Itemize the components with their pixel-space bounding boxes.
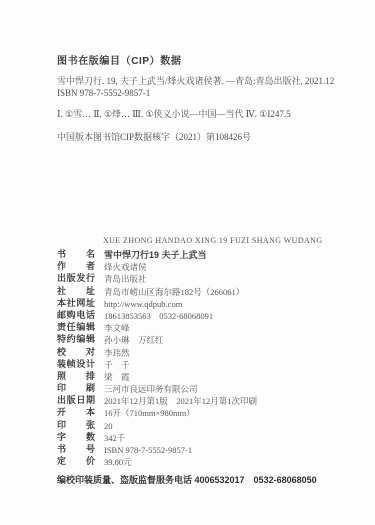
field-label: 印张: [57, 419, 95, 431]
cip-section: 图书在版编目（CIP）数据 雪中悍刀行. 19, 夫子上武当/烽火戏诸侯著. —…: [57, 52, 362, 143]
colophon-row-isbn: 书号ISBN 978-7-5552-9857-1: [57, 443, 357, 455]
field-label: 书号: [57, 443, 95, 455]
field-value: 梁 霞: [104, 372, 130, 382]
cip-title: 图书在版编目（CIP）数据: [57, 52, 362, 67]
field-label: 开本: [57, 406, 95, 418]
field-value: 39.80元: [104, 457, 132, 467]
field-value: ISBN 978-7-5552-9857-1: [104, 445, 192, 455]
field-label: 出版日期: [57, 394, 95, 406]
colophon-row-book-title: 书名雪中悍刀行19 夫子上武当: [57, 248, 357, 260]
field-label: 责任编辑: [57, 321, 95, 333]
field-label: 作者: [57, 260, 95, 272]
colophon-section: XUE ZHONG HANDAO XING 19 FUZI SHANG WUDA…: [57, 236, 357, 486]
cip-description-line2: ISBN 978-7-5552-9857-1: [57, 88, 362, 100]
field-label: 照排: [57, 370, 95, 382]
colophon-row-sheets: 印张20: [57, 419, 357, 431]
field-label: 邮购电话: [57, 309, 95, 321]
quality-service-line: 编校印装质量、盗版监督服务电话 4006532017 0532-68068050: [57, 473, 357, 486]
field-value: 青岛出版社: [104, 274, 147, 284]
colophon-row-editor: 责任编辑李文峰: [57, 321, 357, 333]
cip-description: 雪中悍刀行. 19, 夫子上武当/烽火戏诸侯著. —青岛:青岛出版社, 2021…: [57, 76, 362, 99]
field-value: 18613853563 0532-68068091: [104, 311, 213, 321]
colophon-row-address: 社址青岛市崂山区海尔路182号（266061）: [57, 285, 357, 297]
colophon-row-typesetting: 照排梁 霞: [57, 370, 357, 382]
field-label: 校对: [57, 346, 95, 358]
field-value: 342千: [104, 433, 125, 443]
field-value: 孙小琳 万红红: [104, 335, 164, 345]
colophon-row-designer: 装帧设计千 千: [57, 358, 357, 370]
field-label: 印刷: [57, 382, 95, 394]
colophon-row-printer: 印刷三河市良远印务有限公司: [57, 382, 357, 394]
colophon-row-publisher: 出版发行青岛出版社: [57, 272, 357, 284]
field-value: 烽火戏诸侯: [104, 262, 147, 272]
field-value: 20: [104, 421, 113, 431]
cip-record-number: 中国版本图书馆CIP数据核字（2021）第108426号: [57, 130, 362, 143]
field-value: 李玮然: [104, 348, 130, 358]
colophon-row-word-count: 字数342千: [57, 431, 357, 443]
field-label: 字数: [57, 431, 95, 443]
field-label: 装帧设计: [57, 358, 95, 370]
colophon-row-publication-date: 出版日期2021年12月第1版 2021年12月第1次印刷: [57, 394, 357, 406]
colophon-row-mail-order-phone: 邮购电话18613853563 0532-68068091: [57, 309, 357, 321]
field-value: 雪中悍刀行19 夫子上武当: [104, 250, 207, 260]
field-value: 李文峰: [104, 323, 130, 333]
field-value: http://www.qdpub.com: [104, 299, 182, 309]
field-label: 定价: [57, 455, 95, 467]
field-value: 16开（710mm×980mm）: [104, 408, 195, 418]
colophon-row-author: 作者烽火戏诸侯: [57, 260, 357, 272]
field-label: 出版发行: [57, 272, 95, 284]
colophon-row-contributing-editor: 特约编辑孙小琳 万红红: [57, 333, 357, 345]
colophon-row-format: 开本16开（710mm×980mm）: [57, 406, 357, 418]
cip-description-line1: 雪中悍刀行. 19, 夫子上武当/烽火戏诸侯著. —青岛:青岛出版社, 2021…: [57, 76, 362, 88]
colophon-row-proofreader: 校对李玮然: [57, 346, 357, 358]
field-value: 2021年12月第1版 2021年12月第1次印刷: [104, 396, 257, 406]
colophon-row-website: 本社网址http://www.qdpub.com: [57, 297, 357, 309]
book-copyright-page: 图书在版编目（CIP）数据 雪中悍刀行. 19, 夫子上武当/烽火戏诸侯著. —…: [0, 0, 375, 525]
colophon-row-price: 定价39.80元: [57, 455, 357, 467]
pinyin-title: XUE ZHONG HANDAO XING 19 FUZI SHANG WUDA…: [103, 236, 357, 245]
field-label: 书名: [57, 248, 95, 260]
field-label: 社址: [57, 285, 95, 297]
cip-classification: Ⅰ. ①雪… Ⅱ. ①烽… Ⅲ. ①侠义小说—中国—当代 Ⅳ. ①I247.5: [57, 107, 362, 120]
field-label: 特约编辑: [57, 333, 95, 345]
field-value: 千 千: [104, 360, 130, 370]
field-value: 青岛市崂山区海尔路182号（266061）: [104, 287, 244, 297]
field-label: 本社网址: [57, 297, 95, 309]
colophon-rows: 书名雪中悍刀行19 夫子上武当 作者烽火戏诸侯 出版发行青岛出版社 社址青岛市崂…: [57, 248, 357, 467]
field-value: 三河市良远印务有限公司: [104, 384, 198, 394]
